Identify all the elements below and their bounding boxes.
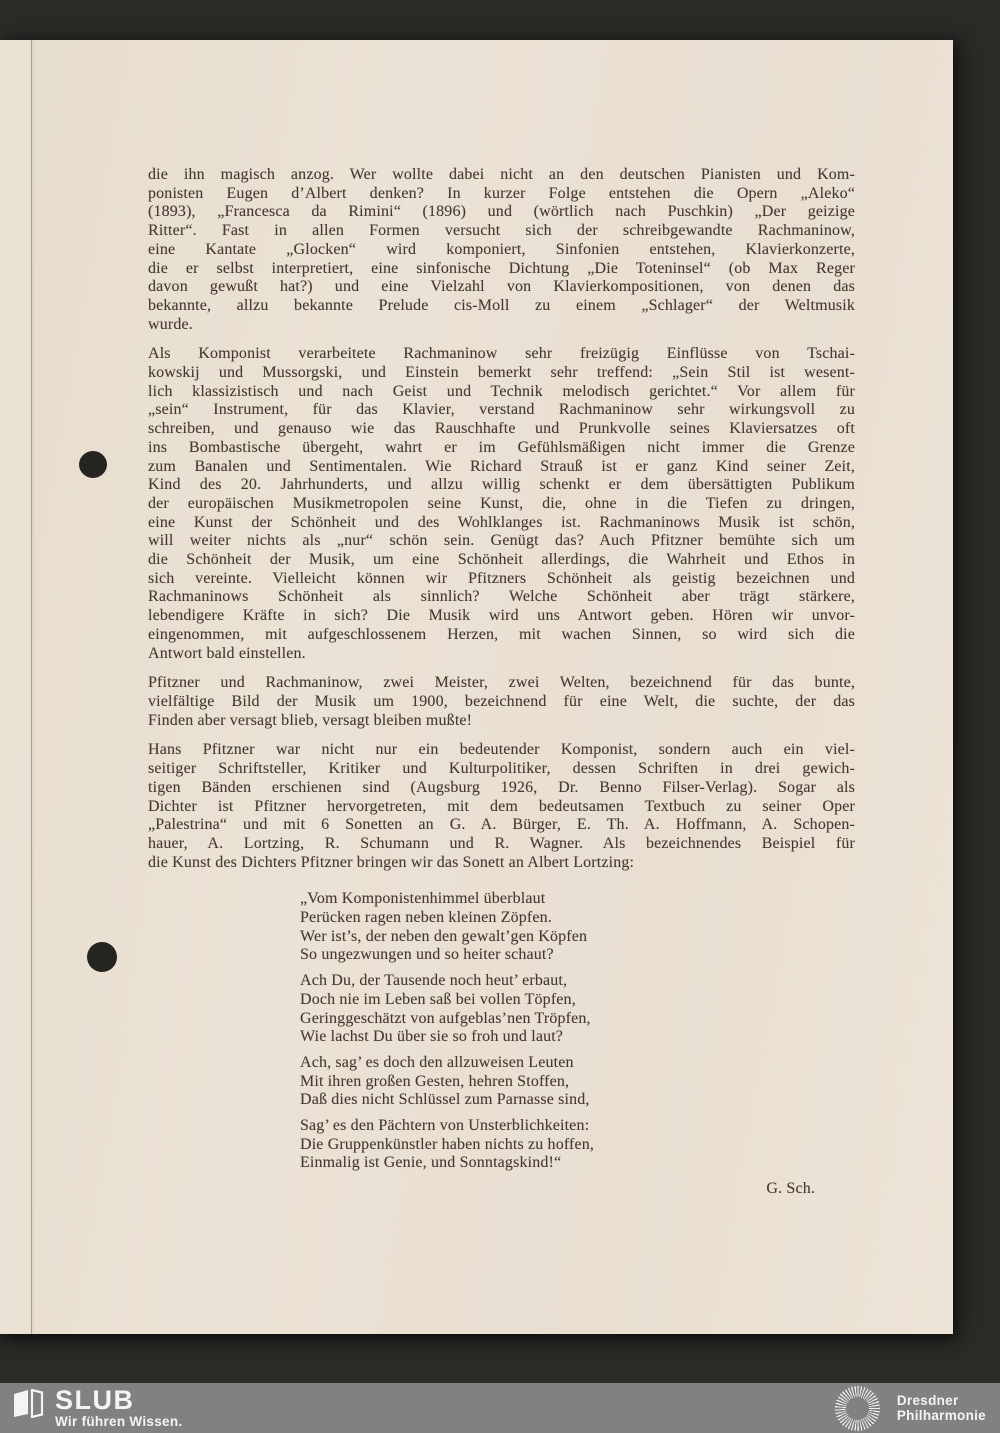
text-line: Finden aber versagt blieb, versagt bleib… bbox=[148, 712, 855, 731]
poem-line: Ach Du, der Tausende noch heut’ erbaut, bbox=[300, 972, 855, 991]
text-line: bekannte, allzu bekannte Prelude cis-Mol… bbox=[148, 297, 855, 316]
poem-stanza: Sag’ es den Pächtern von Unsterblichkeit… bbox=[300, 1117, 855, 1173]
body-text: die ihn magisch anzog. Wer wollte dabei … bbox=[148, 166, 855, 872]
poem-line: Sag’ es den Pächtern von Unsterblichkeit… bbox=[300, 1117, 855, 1136]
text-line: lich klassizistisch und nach Geist und T… bbox=[148, 383, 855, 402]
slub-wordmark: SLUB bbox=[55, 1387, 182, 1413]
text-line: der europäischen Musikmetropolen seine K… bbox=[148, 495, 855, 514]
text-line: hauer, A. Lortzing, R. Schumann und R. W… bbox=[148, 835, 855, 854]
poem-line: Doch nie im Leben saß bei vollen Töpfen, bbox=[300, 991, 855, 1010]
text-line: die ihn magisch anzog. Wer wollte dabei … bbox=[148, 166, 855, 185]
poem-stanza: „Vom Komponistenhimmel überblautPerücken… bbox=[300, 890, 855, 965]
page-fold-line bbox=[31, 40, 32, 1334]
philharmonie-name-line2: Philharmonie bbox=[897, 1408, 986, 1423]
poem-line: Mit ihren großen Gesten, hehren Stoffen, bbox=[300, 1073, 855, 1092]
scanned-page: die ihn magisch anzog. Wer wollte dabei … bbox=[0, 40, 953, 1334]
poem-stanza: Ach Du, der Tausende noch heut’ erbaut,D… bbox=[300, 972, 855, 1047]
text-line: die Schönheit der Musik, um eine Schönhe… bbox=[148, 551, 855, 570]
text-line: davon gewußt hat?) und eine Vielzahl von… bbox=[148, 278, 855, 297]
text-line: ponisten Eugen d’Albert denken? In kurze… bbox=[148, 185, 855, 204]
poem: „Vom Komponistenhimmel überblautPerücken… bbox=[300, 890, 855, 1173]
text-line: lebendigere Kräfte in sich? Die Musik wi… bbox=[148, 607, 855, 626]
text-line: wurde. bbox=[148, 316, 855, 335]
paragraph: die ihn magisch anzog. Wer wollte dabei … bbox=[148, 166, 855, 334]
text-line: sich vereinte. Vielleicht können wir Pfi… bbox=[148, 570, 855, 589]
poem-line: Perücken ragen neben kleinen Zöpfen. bbox=[300, 909, 855, 928]
text-line: Als Komponist verarbeitete Rachmaninow s… bbox=[148, 345, 855, 364]
philharmonie-texts: Dresdner Philharmonie bbox=[897, 1393, 986, 1423]
philharmonie-starburst-icon bbox=[835, 1386, 880, 1431]
text-line: tigen Bänden erschienen sind (Augsburg 1… bbox=[148, 779, 855, 798]
text-line: Antwort bald einstellen. bbox=[148, 645, 855, 664]
slub-texts: SLUB Wir führen Wissen. bbox=[55, 1387, 182, 1429]
text-line: eingenommen, mit aufgeschlossenem Herzen… bbox=[148, 626, 855, 645]
text-line: die er selbst interpretiert, eine sinfon… bbox=[148, 260, 855, 279]
poem-line: Daß dies nicht Schlüssel zum Parnasse si… bbox=[300, 1091, 855, 1110]
text-line: (1893), „Francesca da Rimini“ (1896) und… bbox=[148, 203, 855, 222]
scan-viewport: die ihn magisch anzog. Wer wollte dabei … bbox=[0, 0, 1000, 1433]
slub-logo: SLUB Wir führen Wissen. bbox=[13, 1387, 182, 1429]
text-line: die Kunst des Dichters Pfitzner bringen … bbox=[148, 854, 855, 873]
poem-line: Die Gruppenkünstler haben nichts zu hoff… bbox=[300, 1136, 855, 1155]
paragraph: Hans Pfitzner war nicht nur ein bedeuten… bbox=[148, 741, 855, 872]
paragraph: Als Komponist verarbeitete Rachmaninow s… bbox=[148, 345, 855, 663]
text-line: will weiter nichts als „nur“ schön sein.… bbox=[148, 532, 855, 551]
text-line: zum Banalen und Sentimentalen. Wie Richa… bbox=[148, 458, 855, 477]
text-line: Kind des 20. Jahrhunderts, und allzu wil… bbox=[148, 476, 855, 495]
poem-line: Einmalig ist Genie, und Sonntagskind!“ bbox=[300, 1154, 855, 1173]
author-initials: G. Sch. bbox=[148, 1180, 855, 1199]
philharmonie-name-line1: Dresdner bbox=[897, 1393, 986, 1408]
text-line: ins Bombastische übergeht, wahrt er im G… bbox=[148, 439, 855, 458]
page-text: die ihn magisch anzog. Wer wollte dabei … bbox=[148, 166, 855, 1199]
slub-book-icon bbox=[13, 1389, 44, 1418]
slub-tagline: Wir führen Wissen. bbox=[55, 1414, 182, 1429]
text-line: Pfitzner und Rachmaninow, zwei Meister, … bbox=[148, 674, 855, 693]
poem-line: Wie lachst Du über sie so froh und laut? bbox=[300, 1028, 855, 1047]
poem-line: Wer ist’s, der neben den gewalt’gen Köpf… bbox=[300, 928, 855, 947]
text-line: Rachmaninows Schönheit als sinnlich? Wel… bbox=[148, 588, 855, 607]
poem-line: So ungezwungen und so heiter schaut? bbox=[300, 946, 855, 965]
text-line: eine Kantate „Glocken“ wird komponiert, … bbox=[148, 241, 855, 260]
footer-bar: SLUB Wir führen Wissen. Dresdner Philhar… bbox=[0, 1383, 1000, 1433]
punch-hole bbox=[79, 451, 107, 478]
poem-stanza: Ach, sag’ es doch den allzuweisen Leuten… bbox=[300, 1054, 855, 1110]
text-line: schreiben, und genauso wie das Rauschhaf… bbox=[148, 420, 855, 439]
text-line: vielfältige Bild der Musik um 1900, beze… bbox=[148, 693, 855, 712]
text-line: Hans Pfitzner war nicht nur ein bedeuten… bbox=[148, 741, 855, 760]
text-line: Ritter“. Fast in allen Formen versucht s… bbox=[148, 222, 855, 241]
text-line: „Palestrina“ und mit 6 Sonetten an G. A.… bbox=[148, 816, 855, 835]
punch-hole bbox=[87, 942, 117, 972]
text-line: „sein“ Instrument, für das Klavier, vers… bbox=[148, 401, 855, 420]
poem-line: Ach, sag’ es doch den allzuweisen Leuten bbox=[300, 1054, 855, 1073]
text-line: seitiger Schriftsteller, Kritiker und Ku… bbox=[148, 760, 855, 779]
poem-line: „Vom Komponistenhimmel überblaut bbox=[300, 890, 855, 909]
text-line: Dichter ist Pfitzner hervorgetreten, mit… bbox=[148, 798, 855, 817]
text-line: kowskij und Mussorgski, und Einstein bem… bbox=[148, 364, 855, 383]
page-left-sliver bbox=[0, 40, 31, 1334]
text-line: eine Kunst der Schönheit und des Wohlkla… bbox=[148, 514, 855, 533]
poem-line: Geringgeschätzt von aufgeblas’nen Tröpfe… bbox=[300, 1010, 855, 1029]
paragraph: Pfitzner und Rachmaninow, zwei Meister, … bbox=[148, 674, 855, 730]
philharmonie-logo: Dresdner Philharmonie bbox=[835, 1383, 988, 1433]
